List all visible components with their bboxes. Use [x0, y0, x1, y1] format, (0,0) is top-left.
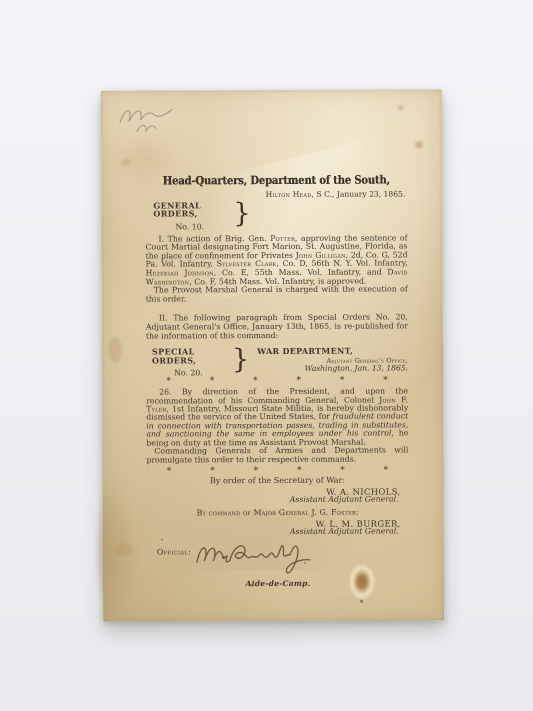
curly-brace: } [232, 347, 249, 373]
official-signature [189, 532, 321, 579]
special-orders-right: WAR DEPARTMENT, Adjutant General's Offic… [249, 347, 408, 374]
text-segment: 26. By direction of the President, and u… [146, 387, 408, 406]
official-label: Official: [157, 548, 191, 557]
foxing-spot [115, 543, 133, 557]
signer-nichols: W. A. NICHOLS, Assistant Adjutant Genera… [147, 487, 409, 505]
aide-de-camp-line: Aide-de-Camp. [147, 579, 409, 589]
foxing-spot [398, 105, 404, 110]
paragraph-twenty-six: 26. By direction of the President, and u… [146, 388, 408, 448]
special-orders-block: SPECIAL ORDERS, No. 20. } WAR DEPARTMENT… [146, 347, 408, 375]
by-order-line: By order of the Secretary of War: [147, 477, 409, 487]
signer-title: Assistant Adjutant General. [147, 496, 401, 506]
general-orders-block: GENERAL ORDERS, No. 10. } [145, 200, 407, 228]
official-row: Official: [147, 539, 409, 570]
document-paper: Head-Quarters, Department of the South, … [101, 89, 444, 621]
masthead-title: Head-Quarters, Department of the South, [161, 173, 392, 187]
general-orders-left: GENERAL ORDERS, No. 10. [145, 201, 233, 232]
war-department-label: WAR DEPARTMENT, [257, 347, 408, 356]
asterisk-separator: * * * * * * [146, 377, 408, 386]
by-command-line: By command of Major General J. G. Foster… [147, 508, 409, 518]
paragraph-one: I. The action of Brig. Gen. Potter, appr… [145, 234, 407, 287]
document-content: Head-Quarters, Department of the South, … [145, 173, 409, 588]
curly-brace: } [233, 201, 250, 227]
ink-speck [360, 600, 363, 603]
pencil-scribble [115, 98, 179, 140]
foxing-spot [415, 141, 423, 148]
paragraph-one-continuation: The Provost Marshal General is charged w… [146, 286, 408, 304]
general-orders-number: No. 10. [175, 223, 233, 232]
washington-dateline: Washington, Jan. 13, 1865. [257, 365, 408, 374]
dateline: Hilton Head, S C., January 23, 1865. [145, 190, 407, 200]
special-orders-label: SPECIAL ORDERS, [152, 347, 232, 365]
general-orders-label: GENERAL ORDERS, [153, 201, 233, 219]
dateline-date: S C., January 23, 1865. [314, 189, 405, 198]
paragraph-twenty-six-continuation: Commanding Generals of Armies and Depart… [146, 446, 408, 464]
dateline-place: Hilton Head, [266, 190, 314, 199]
photo-background: { "colors": { "page_background": "#eef0f… [0, 0, 533, 711]
foxing-spot [108, 337, 122, 363]
foxing-spot [121, 159, 131, 166]
asterisk-separator: * * * * * * [146, 467, 408, 476]
special-orders-left: SPECIAL ORDERS, No. 20. [146, 347, 232, 378]
paragraph-two: II. The following paragraph from Special… [146, 314, 408, 341]
